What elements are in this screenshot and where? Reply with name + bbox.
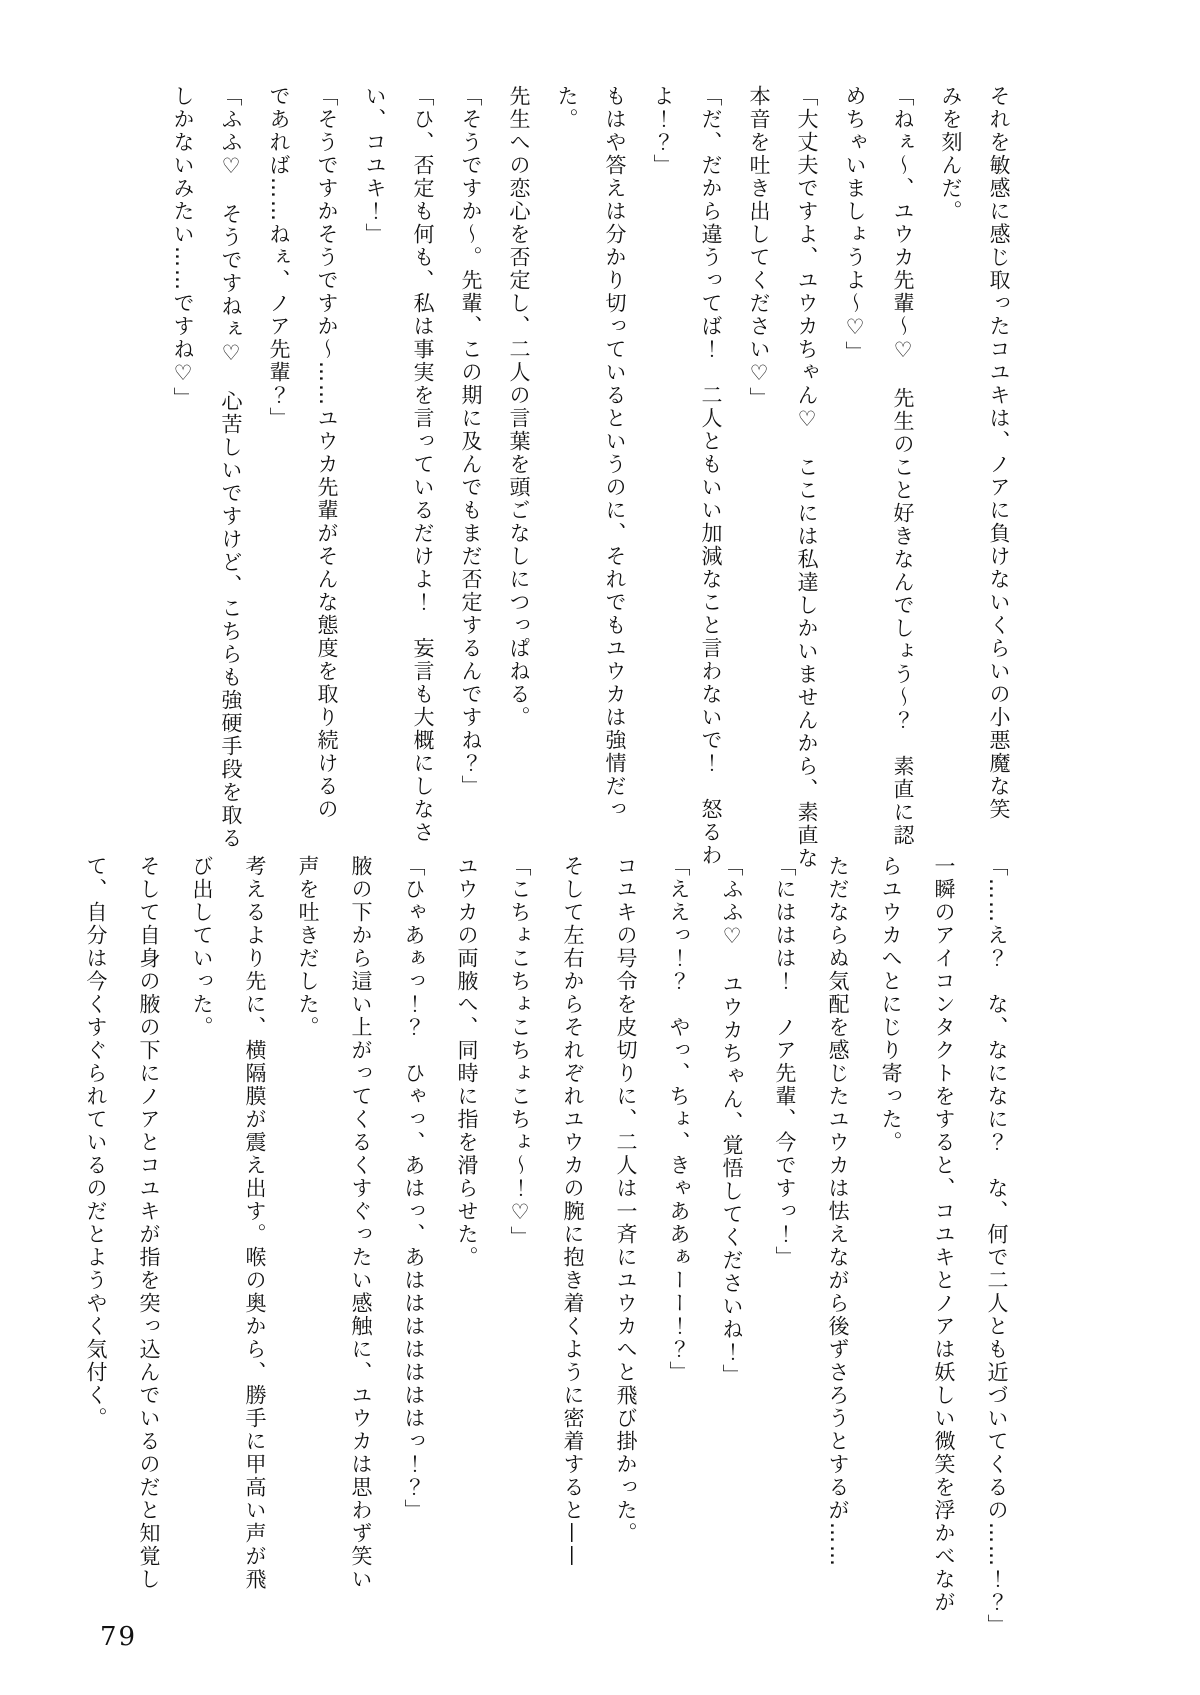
page-number: 79 <box>100 1622 137 1652</box>
novel-page: それを敏感に感じ取ったコユキは、ノアに負けないくらいの小悪魔な笑 みを刻んだ。 … <box>0 0 1200 1695</box>
vertical-text-block-lower: 「……え？ な、なになに？ な、何で二人とも近づいてくるの……！？」 一瞬のアイ… <box>69 855 1023 1647</box>
vertical-text-block-upper: それを敏感に感じ取ったコユキは、ノアに負けないくらいの小悪魔な笑 みを刻んだ。 … <box>159 85 1023 873</box>
